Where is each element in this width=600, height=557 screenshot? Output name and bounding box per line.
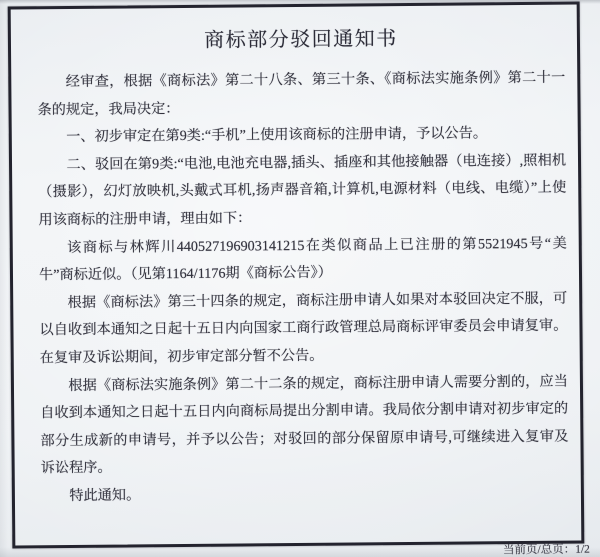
paragraph-division-rules: 根据《商标法实施条例》第二十二条的规定，商标注册申请人需要分割的，应当自收到本通… — [40, 368, 569, 483]
paragraph-preliminary-approval: 一、初步审定在第9类:“手机”上使用该商标的注册申请，予以公告。 — [38, 120, 566, 152]
page-indicator: 当前页/总页：1/2 — [503, 541, 590, 557]
paragraph-rejected-goods: 二、驳回在第9类:“电池,电池充电器,插头、插座和其他接触器（电连接）,照相机（… — [38, 147, 567, 234]
scanned-notice-page: 商标部分驳回通知书 经审查，根据《商标法》第二十八条、第三十条、《商标法实施条例… — [0, 0, 600, 557]
document-title: 商标部分驳回通知书 — [37, 21, 565, 55]
paragraph-closing-notice: 特此通知。 — [41, 479, 569, 511]
paragraph-cited-mark: 该商标与林辉川440527196903141215在类似商品上已注册的第5521… — [39, 230, 567, 290]
paragraph-review-rights: 根据《商标法》第三十四条的规定，商标注册申请人如果对本驳回决定不服，可以自收到本… — [39, 285, 568, 372]
document-border-frame: 商标部分驳回通知书 经审查，根据《商标法》第二十八条、第三十条、《商标法实施条例… — [8, 2, 585, 549]
paragraph-legal-basis: 经审查，根据《商标法》第二十八条、第三十条、《商标法实施条例》第二十一条的规定，… — [37, 65, 565, 125]
document-body: 商标部分驳回通知书 经审查，根据《商标法》第二十八条、第三十条、《商标法实施条例… — [37, 15, 569, 511]
